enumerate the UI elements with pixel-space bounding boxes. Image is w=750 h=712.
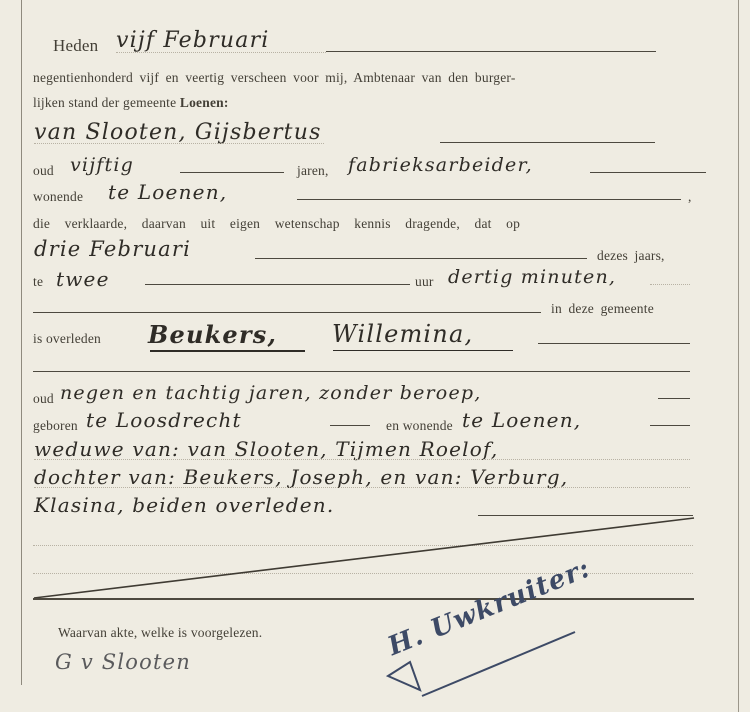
- certificate-page: Heden vijf Februari negentienhonderd vij…: [0, 0, 750, 712]
- registrar-signature-flourish: [0, 0, 750, 712]
